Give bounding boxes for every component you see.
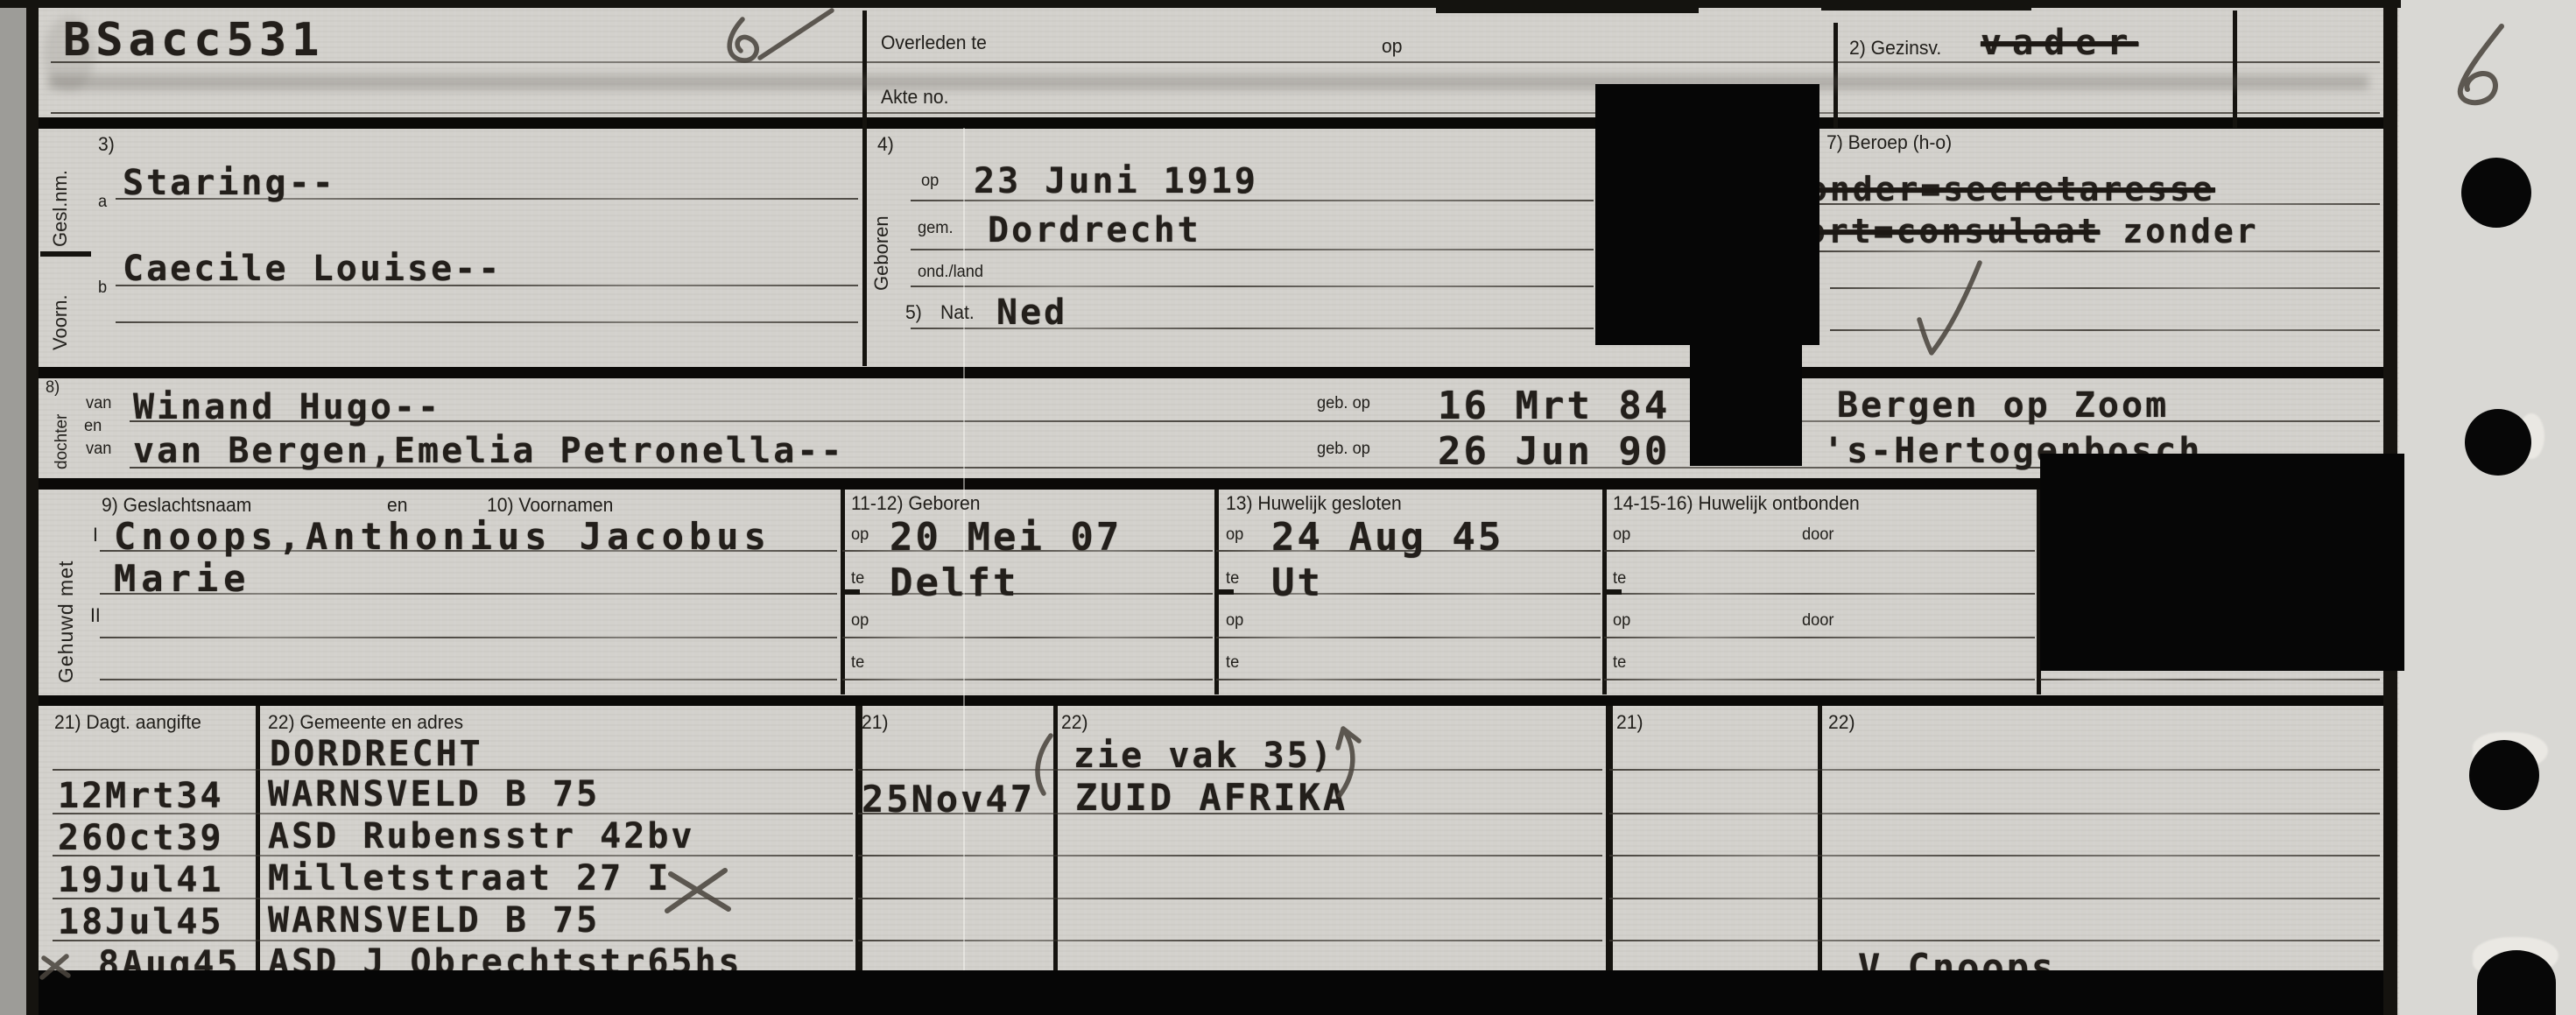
pencil-paren-close-arrow <box>1338 729 1359 795</box>
pencil-page-number-6 <box>2460 26 2502 102</box>
scanned-card-page: BSacc531 Overleden te op Akte no. 2) Gez… <box>0 0 2576 1015</box>
pencil-flourish-stroke <box>760 11 832 58</box>
pencil-x-small <box>42 956 68 977</box>
pencil-flourish-loop <box>729 19 757 60</box>
pencil-paren-open <box>1038 736 1051 793</box>
pencil-x-large <box>667 871 728 911</box>
handwriting-layer <box>0 0 2576 1015</box>
pencil-checkmark <box>1919 263 1980 353</box>
